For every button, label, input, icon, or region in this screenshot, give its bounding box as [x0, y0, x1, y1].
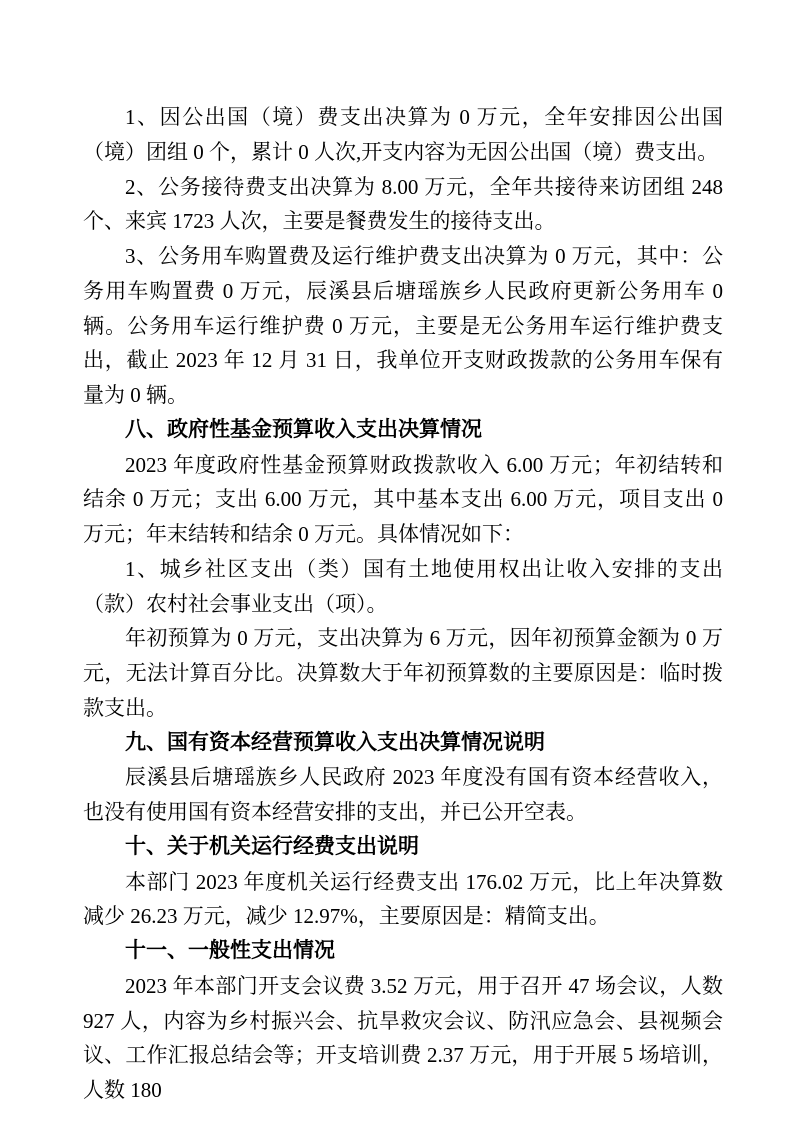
paragraph-budget-vs-final: 年初预算为 0 万元，支出决算为 6 万元，因年初预算金额为 0 万元，无法计算… — [83, 621, 723, 725]
section-heading-11-general-expenses: 十一、一般性支出情况 — [83, 934, 723, 969]
paragraph-government-funds-summary: 2023 年度政府性基金预算财政拨款收入 6.00 万元；年初结转和结余 0 万… — [83, 448, 723, 552]
paragraph-general-expenses: 2023 年本部门开支会议费 3.52 万元，用于召开 47 场会议，人数 92… — [83, 969, 723, 1108]
section-heading-9-state-capital: 九、国有资本经营预算收入支出决算情况说明 — [83, 726, 723, 761]
paragraph-state-capital: 辰溪县后塘瑶族乡人民政府 2023 年度没有国有资本经营收入，也没有使用国有资本… — [83, 760, 723, 830]
section-heading-10-operating-expenses: 十、关于机关运行经费支出说明 — [83, 830, 723, 865]
paragraph-operating-expenses: 本部门 2023 年度机关运行经费支出 176.02 万元，比上年决算数减少 2… — [83, 865, 723, 935]
section-heading-8-government-funds: 八、政府性基金预算收入支出决算情况 — [83, 413, 723, 448]
paragraph-official-reception: 2、公务接待费支出决算为 8.00 万元，全年共接待来访团组 248 个、来宾 … — [83, 170, 723, 240]
document-body: 1、因公出国（境）费支出决算为 0 万元，全年安排因公出国（境）团组 0 个，累… — [83, 100, 723, 1108]
paragraph-urban-rural-community: 1、城乡社区支出（类）国有土地使用权出让收入安排的支出（款）农村社会事业支出（项… — [83, 552, 723, 622]
paragraph-overseas-trips: 1、因公出国（境）费支出决算为 0 万元，全年安排因公出国（境）团组 0 个，累… — [83, 100, 723, 170]
document-page: 1、因公出国（境）费支出决算为 0 万元，全年安排因公出国（境）团组 0 个，累… — [0, 0, 793, 1122]
paragraph-official-vehicles: 3、公务用车购置费及运行维护费支出决算为 0 万元，其中：公务用车购置费 0 万… — [83, 239, 723, 413]
